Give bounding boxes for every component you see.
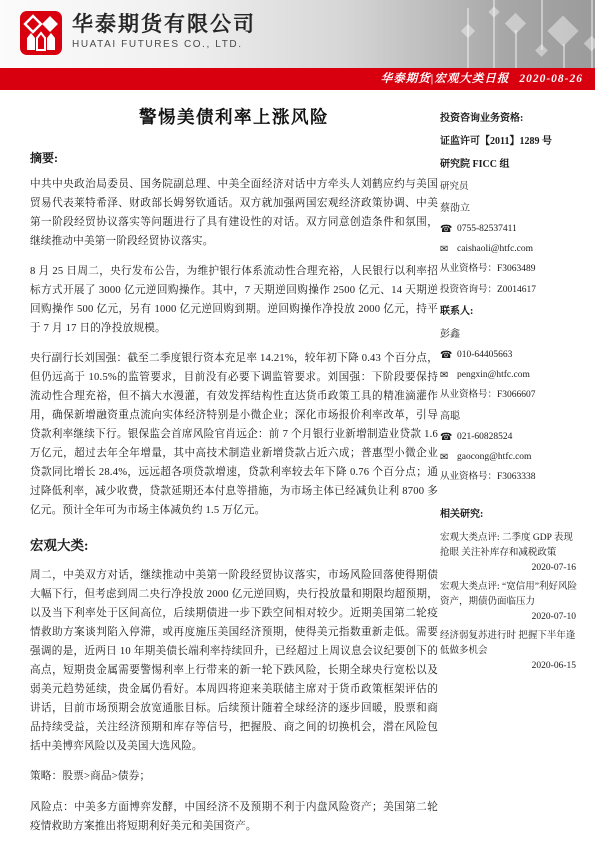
strategy-line: 策略：股票>商品>债券； [30, 767, 438, 786]
diamond-ornament [488, 6, 499, 17]
contact-phone-row: ☎ 010-64405663 [440, 349, 578, 362]
brand-block: 华泰期货有限公司 HUATAI FUTURES CO., LTD. [20, 11, 256, 55]
contact-email-row: ✉ gaocong@htfc.com [440, 451, 578, 464]
contact-email: pengxin@htfc.com [457, 369, 530, 382]
license-number: 证监许可【2011】1289 号 [440, 135, 578, 148]
banner-series-label: 华泰期货|宏观大类日报 [381, 73, 510, 85]
research-team: 研究院 FICC 组 [440, 158, 578, 171]
sidebar-spacer [440, 492, 578, 508]
diamond-ornament [461, 24, 475, 38]
line-ornament [563, 44, 565, 68]
analyst-phone-row: ☎ 0755-82537411 [440, 223, 578, 236]
section-heading-macro: 宏观大类: [30, 534, 438, 554]
related-research-date: 2020-07-16 [440, 562, 576, 575]
page-title: 警惕美债利率上涨风险 [30, 104, 438, 129]
related-research-title: 经济弱复苏进行时 把握下半年逢低做多机会 [440, 629, 578, 658]
phone-icon: ☎ [440, 223, 457, 236]
contact-label: 联系人: [440, 305, 578, 318]
contact-phone-row: ☎ 021-60828524 [440, 431, 578, 444]
diamond-ornament [547, 15, 578, 46]
company-name-cn: 华泰期货有限公司 [72, 13, 256, 37]
contact-cert: 从业资格号：F3066607 [440, 389, 578, 402]
contact-email-row: ✉ pengxin@htfc.com [440, 369, 578, 382]
line-ornament [515, 30, 517, 68]
email-icon: ✉ [440, 369, 457, 382]
line-ornament [591, 0, 593, 68]
header-pattern [345, 0, 595, 68]
related-research-item: 经济弱复苏进行时 把握下半年逢低做多机会 2020-06-15 [440, 629, 578, 673]
researcher-role-label: 研究员 [440, 181, 578, 194]
contact-name: 高聪 [440, 410, 578, 423]
risk-line: 风险点：中美多方面博弈发酵，中国经济不及预期不利于内盘风险资产；美国第二轮疫情救… [30, 798, 438, 836]
summary-paragraph-2: 8 月 25 日周二，央行发布公告，为维护银行体系流动性合理充裕，人民银行以利率… [30, 262, 438, 338]
contact-phone: 010-64405663 [457, 349, 512, 362]
contact-email: gaocong@htfc.com [457, 451, 531, 464]
contact-phone: 021-60828524 [457, 431, 512, 444]
contact-cert: 从业资格号：F3063338 [440, 471, 578, 484]
analyst-email-row: ✉ caishaoli@htfc.com [440, 243, 578, 256]
summary-label: 摘要: [30, 149, 438, 166]
email-icon: ✉ [440, 243, 457, 256]
line-ornament [541, 0, 543, 50]
phone-icon: ☎ [440, 349, 457, 362]
related-research-item: 宏观大类点评: 二季度 GDP 表现抢眼 关注补库存和减税政策 2020-07-… [440, 531, 578, 575]
analyst-name: 蔡劭立 [440, 202, 578, 215]
qualification-label: 投资咨询业务资格: [440, 112, 578, 125]
sidebar: 投资咨询业务资格: 证监许可【2011】1289 号 研究院 FICC 组 研究… [440, 112, 578, 678]
summary-paragraph-1: 中共中央政治局委员、国务院副总理、中美全面经济对话中方牵头人刘鹤应约与美国贸易代… [30, 175, 438, 251]
analyst-cert: 从业资格号：F3063489 [440, 263, 578, 276]
contact-name: 彭鑫 [440, 328, 578, 341]
phone-icon: ☎ [440, 431, 457, 444]
summary-paragraph-3: 央行副行长刘国强：截至二季度银行资本充足率 14.21%，较年初下降 0.43 … [30, 349, 438, 520]
related-research-date: 2020-07-10 [440, 611, 576, 624]
diamond-ornament [584, 36, 595, 52]
email-icon: ✉ [440, 451, 457, 464]
analyst-phone: 0755-82537411 [457, 223, 517, 236]
analyst-email: caishaoli@htfc.com [457, 243, 533, 256]
banner-date: 2020-08-26 [519, 73, 583, 85]
header-band: 华泰期货有限公司 HUATAI FUTURES CO., LTD. [0, 0, 595, 68]
brand-text: 华泰期货有限公司 HUATAI FUTURES CO., LTD. [72, 11, 256, 50]
huatai-logo [20, 11, 62, 55]
related-research-title: 宏观大类点评: “宽信用”利好风险资产，期债仍面临压力 [440, 580, 578, 609]
report-page: 华泰期货有限公司 HUATAI FUTURES CO., LTD. 华泰期货|宏… [0, 0, 595, 842]
diamond-ornament [535, 44, 548, 57]
related-research-label: 相关研究: [440, 508, 578, 521]
diamond-ornament [505, 13, 526, 34]
macro-paragraph: 周二，中美双方对话，继续推动中美第一阶段经贸协议落实，市场风险回落使得期债大幅下… [30, 566, 438, 756]
related-research-date: 2020-06-15 [440, 660, 576, 673]
company-name-en: HUATAI FUTURES CO., LTD. [72, 39, 256, 50]
related-research-item: 宏观大类点评: “宽信用”利好风险资产，期债仍面临压力 2020-07-10 [440, 580, 578, 624]
analyst-advisory-cert: 投资咨询号：Z0014617 [440, 284, 578, 297]
report-body: 警惕美债利率上涨风险 摘要: 中共中央政治局委员、国务院副总理、中美全面经济对话… [30, 104, 438, 842]
report-banner: 华泰期货|宏观大类日报2020-08-26 [0, 68, 595, 90]
related-research-title: 宏观大类点评: 二季度 GDP 表现抢眼 关注补库存和减税政策 [440, 531, 578, 560]
